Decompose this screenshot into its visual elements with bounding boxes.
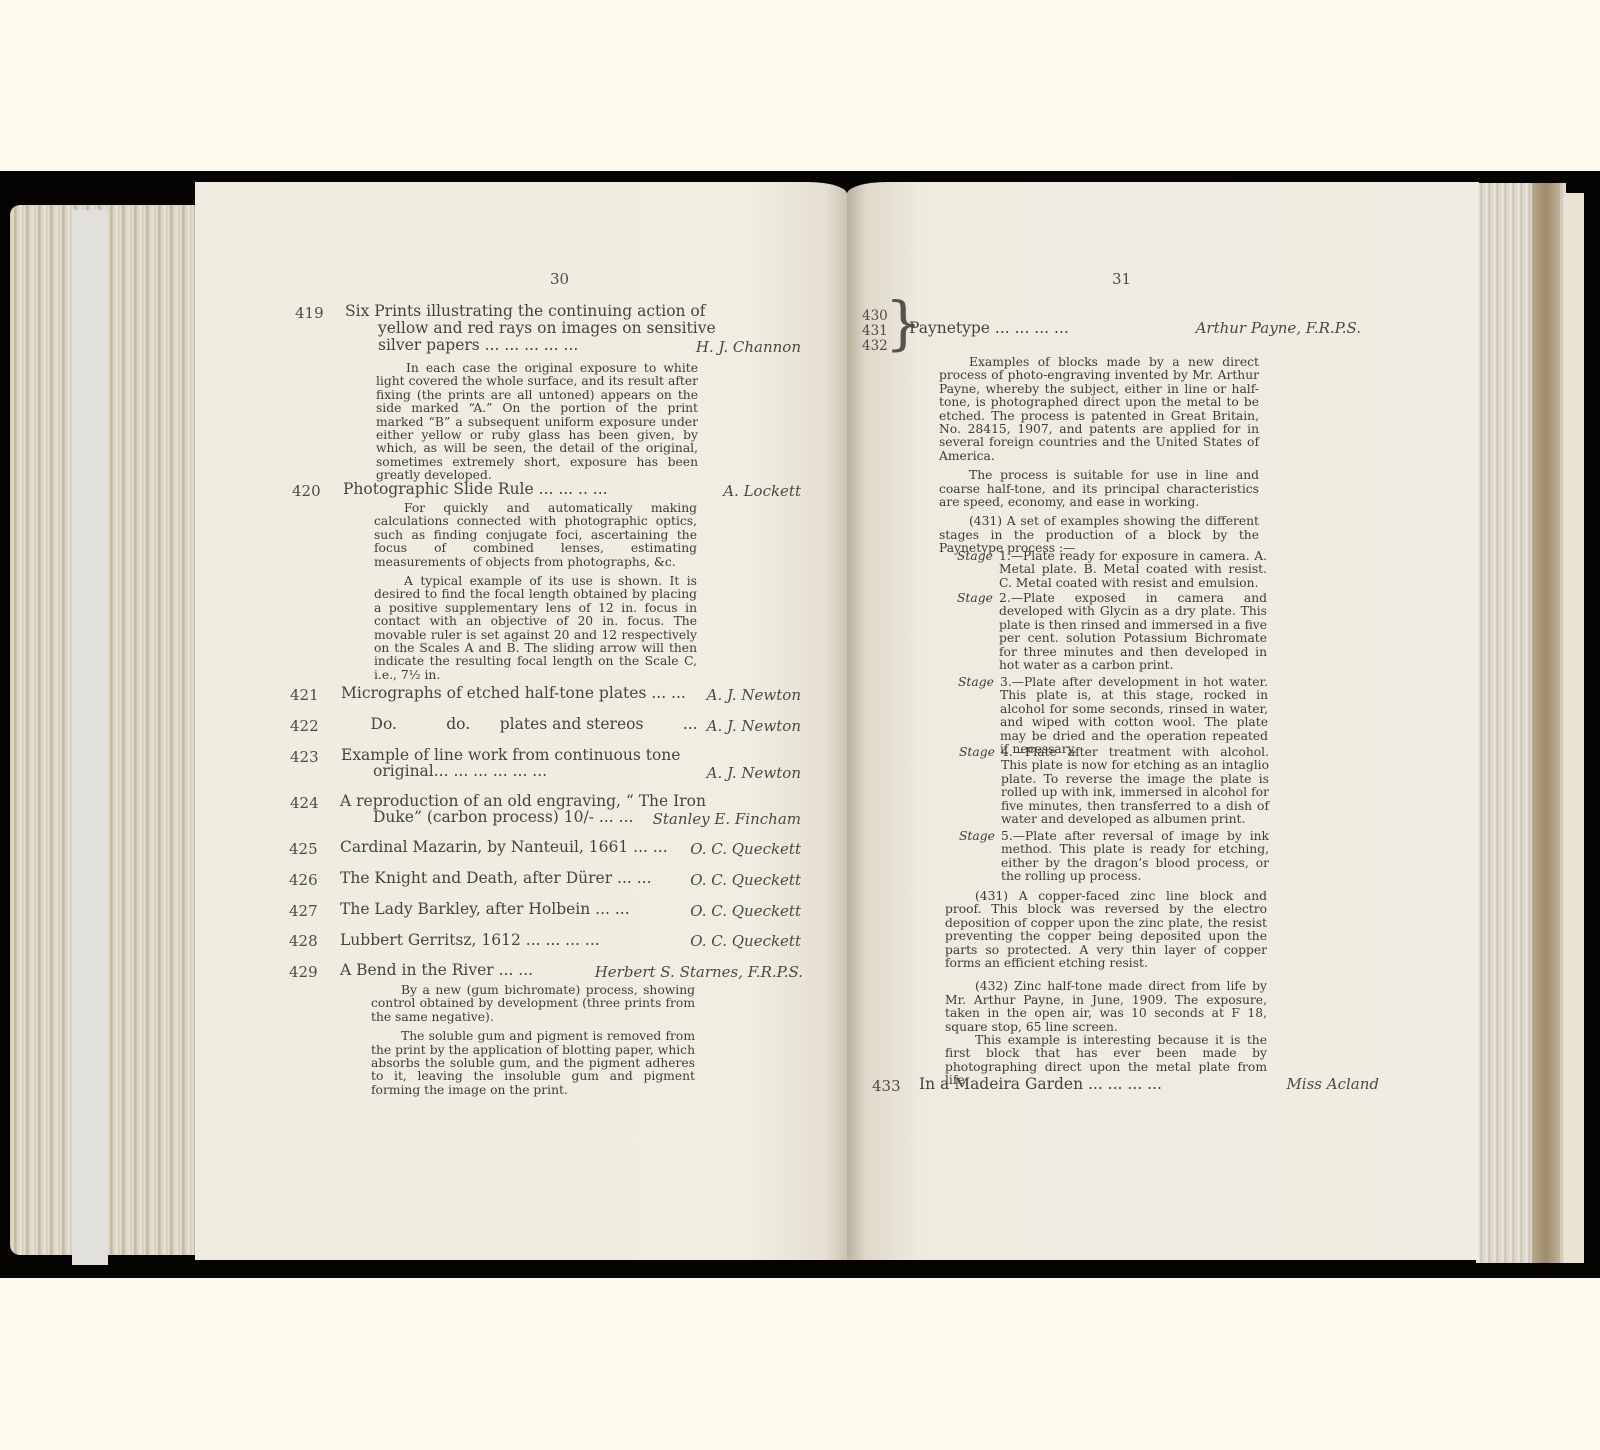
entry-number: 433 (872, 1077, 901, 1095)
entry-author: H. J. Channon (696, 338, 801, 356)
entry-title: Paynetype ... ... ... ... (909, 319, 1069, 337)
entry-title: In a Madeira Garden ... ... ... ... (919, 1075, 1162, 1093)
left-page-edges (10, 205, 200, 1255)
stage-label: Stage (959, 746, 995, 759)
entry-number: 424 (290, 794, 319, 812)
stage-text: 1.—Plate ready for exposure in camera. A… (999, 550, 1267, 590)
note-paragraph: (432) Zinc half-tone made direct from li… (945, 980, 1267, 1034)
entry-author: Herbert S. Starnes, F.R.P.S. (595, 963, 803, 981)
entry-notes: (431) A copper-faced zinc line block and… (945, 890, 1267, 1094)
entry-description: By a new (gum bichromate) process, showi… (371, 984, 695, 1103)
right-page-edges (1476, 183, 1566, 1263)
stage-text: 4.—Plate after treatment with alcohol. T… (1001, 746, 1269, 826)
entry-number: 428 (289, 932, 318, 950)
description-paragraph: In each case the original exposure to wh… (376, 362, 698, 483)
page-number: 31 (1112, 270, 1131, 288)
entry-title-line: original... ... ... ... ... ... (373, 762, 547, 780)
entry-number: 430 (862, 308, 888, 324)
entry-title: Photographic Slide Rule ... ... .. ... (343, 480, 608, 498)
description-paragraph: A typical example of its use is shown. I… (374, 575, 697, 682)
entry-description: In each case the original exposure to wh… (376, 362, 698, 489)
entry-title-line: Duke” (carbon process) 10/- ... ... (373, 808, 633, 826)
description-paragraph: By a new (gum bichromate) process, showi… (371, 984, 695, 1024)
entry-title: A Bend in the River ... ... (340, 961, 533, 979)
entry-author: A. J. Newton (707, 686, 801, 704)
entry-author: Arthur Payne, F.R.P.S. (1196, 319, 1361, 337)
entry-number: 427 (289, 902, 318, 920)
description-paragraph: The process is suitable for use in line … (939, 469, 1259, 509)
entry-title: Micrographs of etched half-tone plates .… (341, 684, 686, 702)
stage-text: 5.—Plate after reversal of image by ink … (1001, 830, 1269, 884)
description-paragraph: Examples of blocks made by a new direct … (939, 356, 1259, 463)
stage-label: Stage (957, 592, 993, 605)
entry-title: Cardinal Mazarin, by Nanteuil, 1661 ... … (340, 838, 668, 856)
right-page: 31 430 431 432 } Paynetype ... ... ... .… (847, 182, 1479, 1260)
entry-author: Stanley E. Fincham (653, 810, 801, 828)
stage-text: 2.—Plate exposed in camera and developed… (999, 592, 1267, 672)
entry-author: Miss Acland (1286, 1075, 1379, 1093)
entry-number: 431 (862, 323, 888, 339)
entry-title: Lubbert Gerritsz, 1612 ... ... ... ... (340, 931, 600, 949)
entry-author: O. C. Queckett (690, 840, 801, 858)
stage-label: Stage (959, 830, 995, 843)
entry-title: The Knight and Death, after Dürer ... ..… (340, 869, 652, 887)
entry-number: 420 (292, 482, 321, 500)
entry-number: 425 (289, 840, 318, 858)
entry-description: For quickly and automatically making cal… (374, 502, 697, 688)
entry-author: A. Lockett (723, 482, 801, 500)
page-edge-insert (72, 210, 108, 1265)
cover-edge (1532, 183, 1560, 1263)
entry-number: 423 (290, 748, 319, 766)
entry-description: Examples of blocks made by a new direct … (939, 356, 1259, 562)
entry-title: Do. do. plates and stereos ... (341, 715, 698, 733)
entry-author: A. J. Newton (707, 764, 801, 782)
entry-author: O. C. Queckett (690, 902, 801, 920)
entry-title: The Lady Barkley, after Holbein ... ... (340, 900, 630, 918)
back-cover (1564, 193, 1584, 1263)
entry-author: O. C. Queckett (690, 932, 801, 950)
entry-title-line: yellow and red rays on images on sensiti… (378, 319, 716, 337)
entry-author: O. C. Queckett (690, 871, 801, 889)
entry-author: A. J. Newton (707, 717, 801, 735)
entry-number: 422 (290, 717, 319, 735)
entry-number: 432 (862, 338, 888, 354)
note-paragraph: (431) A copper-faced zinc line block and… (945, 890, 1267, 970)
entry-number: 421 (290, 686, 319, 704)
description-paragraph: The soluble gum and pigment is removed f… (371, 1030, 695, 1097)
entry-number: 426 (289, 871, 318, 889)
entry-number: 429 (289, 963, 318, 981)
entry-number: 419 (295, 304, 324, 322)
entry-title-line: Six Prints illustrating the continuing a… (345, 302, 706, 320)
entry-title-line: silver papers ... ... ... ... ... (378, 336, 578, 354)
stage-label: Stage (958, 676, 994, 689)
stage-label: Stage (957, 550, 993, 563)
page-number: 30 (550, 270, 569, 288)
description-paragraph: For quickly and automatically making cal… (374, 502, 697, 569)
left-page: 30 419 Six Prints illustrating the conti… (195, 182, 847, 1260)
